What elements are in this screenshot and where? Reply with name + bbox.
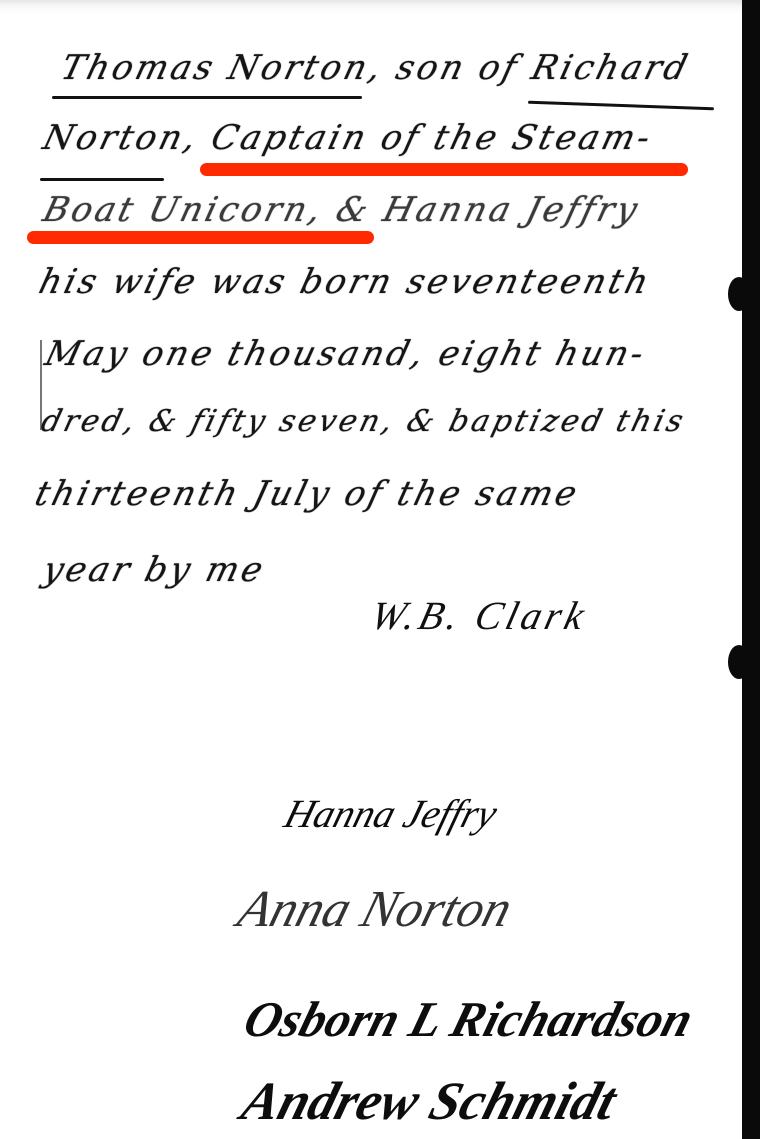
record-line-8: year by me (39, 550, 270, 590)
margin-rule (40, 340, 42, 430)
ink-underline-thomas-norton (52, 96, 362, 99)
page-binding-edge (742, 0, 760, 1139)
binding-hole-top (728, 277, 750, 311)
ink-underline-norton (40, 178, 164, 181)
signature-anna-norton: Anna Norton (232, 880, 519, 939)
record-line-7: thirteenth July of the same (31, 474, 584, 514)
signature-andrew-schmidt: Andrew Schmidt (235, 1070, 623, 1132)
record-line-2: Norton, Captain of the Steam- (39, 118, 657, 158)
record-line-1: Thomas Norton, son of Richard (57, 48, 694, 88)
record-line-5: May one thousand, eight hun- (41, 334, 651, 374)
binding-hole-bottom (728, 645, 750, 679)
red-highlight-captain-steam (200, 163, 688, 176)
signature-hanna-jeffry: Hanna Jeffry (279, 790, 502, 837)
red-highlight-boat-unicorn (27, 231, 374, 244)
record-line-4: his wife was born seventeenth (35, 262, 655, 302)
record-line-6: dred, & fifty seven, & baptized this (38, 404, 690, 439)
scanned-document-page: Thomas Norton, son of Richard Norton, Ca… (0, 0, 742, 1139)
record-line-3: Boat Unicorn, & Hanna Jeffry (39, 190, 644, 230)
ink-underline-richard (528, 101, 714, 110)
officiant-signature: W.B. Clark (366, 592, 593, 639)
signature-osborn-richardson: Osborn L Richardson (238, 990, 700, 1048)
